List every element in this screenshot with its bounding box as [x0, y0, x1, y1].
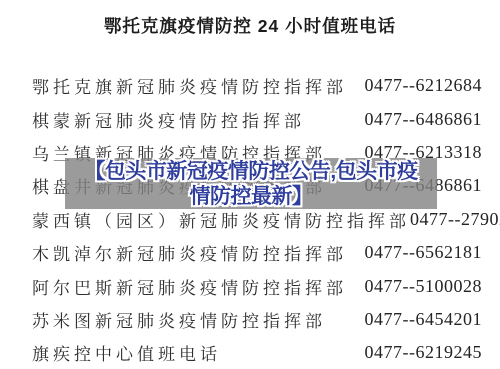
page-title: 鄂托克旗疫情防控 24 小时值班电话 [0, 13, 500, 38]
department-label: 棋蒙新冠肺炎疫情防控指挥部 [32, 107, 305, 132]
table-row: 棋蒙新冠肺炎疫情防控指挥部0477--6486861 [32, 102, 482, 135]
table-row: 旗疾控中心值班电话0477--6219245 [32, 336, 482, 369]
notice-page: 鄂托克旗疫情防控 24 小时值班电话 鄂托克旗新冠肺炎疫情防控指挥部0477--… [0, 0, 500, 369]
watermark-line2: 情防控最新】 [190, 184, 313, 209]
phone-directory-table: 鄂托克旗新冠肺炎疫情防控指挥部0477--6212684棋蒙新冠肺炎疫情防控指挥… [32, 69, 482, 369]
phone-number: 0477--6486861 [365, 109, 483, 130]
department-label: 苏米图新冠肺炎疫情防控指挥部 [32, 307, 326, 332]
department-label: 旗疾控中心值班电话 [32, 340, 221, 365]
table-row: 鄂托克旗新冠肺炎疫情防控指挥部0477--6212684 [32, 69, 482, 102]
phone-number: 0477--6562181 [365, 242, 483, 263]
watermark-line1: 【包头市新冠疫情防控公告,包头市疫 [84, 159, 417, 184]
table-row: 阿尔巴斯新冠肺炎疫情防控指挥部0477--5100028 [32, 269, 482, 302]
table-row: 苏米图新冠肺炎疫情防控指挥部0477--6454201 [32, 303, 482, 336]
phone-number: 0477--6212684 [365, 75, 483, 96]
phone-number: 0477--6219245 [365, 342, 483, 363]
phone-number: 0477--6454201 [365, 309, 483, 330]
department-label: 阿尔巴斯新冠肺炎疫情防控指挥部 [32, 274, 347, 299]
phone-number: 0477--2790275 [410, 209, 500, 230]
department-label: 鄂托克旗新冠肺炎疫情防控指挥部 [32, 73, 347, 98]
department-label: 蒙西镇（园区）新冠肺炎疫情防控指挥部 [32, 207, 410, 232]
table-row: 木凯淖尔新冠肺炎疫情防控指挥部0477--6562181 [32, 236, 482, 269]
department-label: 木凯淖尔新冠肺炎疫情防控指挥部 [32, 240, 347, 265]
phone-number: 0477--5100028 [365, 276, 483, 297]
watermark-overlay: 【包头市新冠疫情防控公告,包头市疫 情防控最新】 [65, 158, 437, 209]
